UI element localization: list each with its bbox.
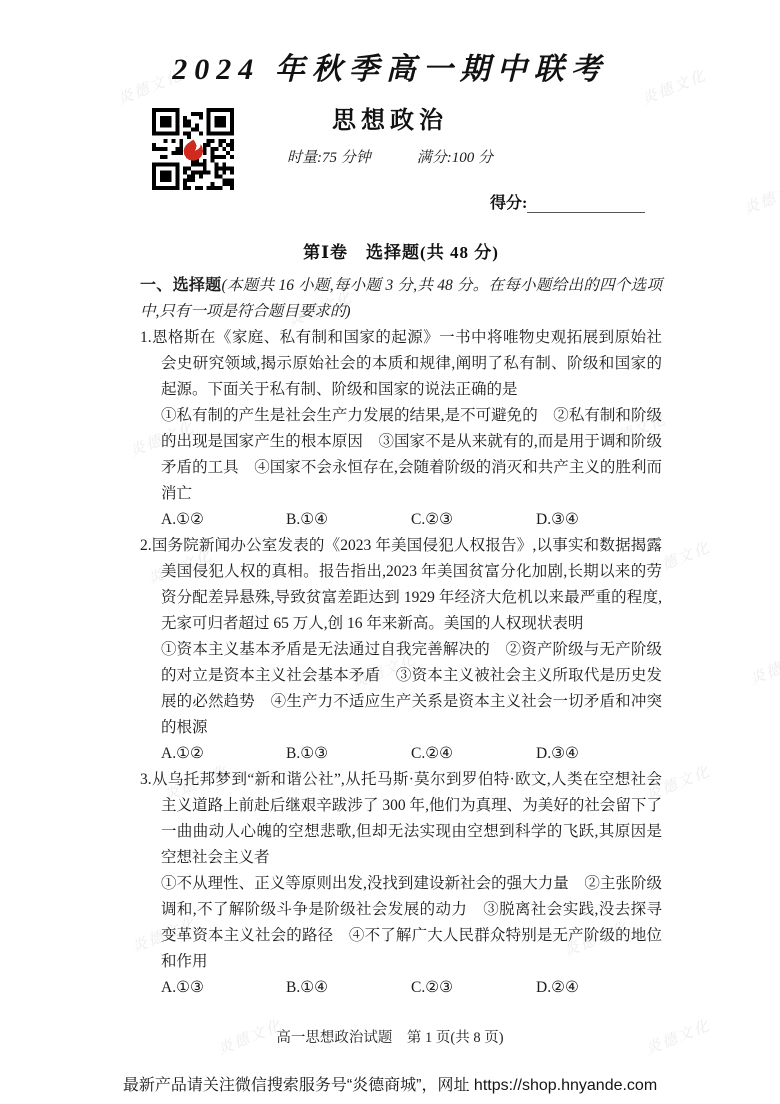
question-number: 3. xyxy=(140,771,152,788)
option-a: A.①② xyxy=(161,741,286,767)
question-stem-text: 国务院新闻办公室发表的《2023 年美国侵犯人权报告》,以事实和数据揭露美国侵犯… xyxy=(152,537,662,632)
exam-title: 2024 年秋季高一期中联考 xyxy=(0,52,780,88)
question-statements: ①不从理性、正义等原则出发,没找到建设新社会的强大力量 ②主张阶级调和,不了解阶… xyxy=(161,871,662,975)
exam-page: 2024 年秋季高一期中联考 思想政治 时量:75 分钟满分:100 分 得分:… xyxy=(0,52,780,1001)
section-instructions: 一、选择题(本题共 16 小题,每小题 3 分,共 48 分。在每小题给出的四个… xyxy=(140,273,662,325)
question-statements: ①私有制的产生是社会生产力发展的结果,是不可避免的 ②私有制和阶级的出现是国家产… xyxy=(161,403,662,507)
part-title: 第Ⅰ卷 选择题(共 48 分) xyxy=(140,238,662,263)
full-score-label: 满分:100 分 xyxy=(417,150,493,166)
duration-label: 时量:75 分钟 xyxy=(287,150,371,166)
option-b: B.①④ xyxy=(286,975,411,1001)
score-label: 得分: xyxy=(490,195,527,212)
instructions-lead: 一、选择题 xyxy=(140,277,221,294)
page-header: 2024 年秋季高一期中联考 思想政治 时量:75 分钟满分:100 分 得分: xyxy=(0,52,780,212)
question-stem: 2.国务院新闻办公室发表的《2023 年美国侵犯人权报告》,以事实和数据揭露美国… xyxy=(140,533,662,637)
option-d: D.②④ xyxy=(536,975,662,1001)
exam-meta: 时量:75 分钟满分:100 分 xyxy=(0,148,780,168)
option-a: A.①③ xyxy=(161,975,286,1001)
question-options: A.①② B.①④ C.②③ D.③④ xyxy=(161,507,662,533)
subject-title: 思想政治 xyxy=(0,106,780,136)
question-statements: ①资本主义基本矛盾是无法通过自我完善解决的 ②资产阶级与无产阶级的对立是资本主义… xyxy=(161,637,662,741)
option-c: C.②④ xyxy=(411,741,536,767)
question-number: 2. xyxy=(140,537,152,554)
question-stem: 1.恩格斯在《家庭、私有制和国家的起源》一书中将唯物史观拓展到原始社会史研究领域… xyxy=(140,325,662,403)
score-row: 得分: xyxy=(0,190,780,212)
question-2: 2.国务院新闻办公室发表的《2023 年美国侵犯人权报告》,以事实和数据揭露美国… xyxy=(140,533,662,767)
exam-content: 第Ⅰ卷 选择题(共 48 分) 一、选择题(本题共 16 小题,每小题 3 分,… xyxy=(0,238,780,1001)
option-d: D.③④ xyxy=(536,507,662,533)
option-b: B.①④ xyxy=(286,507,411,533)
question-number: 1. xyxy=(140,329,152,346)
option-c: C.②③ xyxy=(411,975,536,1001)
question-1: 1.恩格斯在《家庭、私有制和国家的起源》一书中将唯物史观拓展到原始社会史研究领域… xyxy=(140,325,662,533)
option-d: D.③④ xyxy=(536,741,662,767)
question-stem-text: 恩格斯在《家庭、私有制和国家的起源》一书中将唯物史观拓展到原始社会史研究领域,揭… xyxy=(152,329,662,398)
promo-text: 最新产品请关注微信搜索服务号“炎德商城”，网址 https://shop.hny… xyxy=(0,1072,780,1095)
score-blank-line xyxy=(527,197,645,213)
question-options: A.①② B.①③ C.②④ D.③④ xyxy=(161,741,662,767)
option-a: A.①② xyxy=(161,507,286,533)
footer-page-info: 高一思想政治试题 第 1 页(共 8 页) xyxy=(0,1026,780,1047)
option-c: C.②③ xyxy=(411,507,536,533)
question-options: A.①③ B.①④ C.②③ D.②④ xyxy=(161,975,662,1001)
question-stem-text: 从乌托邦梦到“新和谐公社”,从托马斯·莫尔到罗伯特·欧文,人类在空想社会主义道路… xyxy=(152,771,662,866)
option-b: B.①③ xyxy=(286,741,411,767)
question-3: 3.从乌托邦梦到“新和谐公社”,从托马斯·莫尔到罗伯特·欧文,人类在空想社会主义… xyxy=(140,767,662,1001)
question-stem: 3.从乌托邦梦到“新和谐公社”,从托马斯·莫尔到罗伯特·欧文,人类在空想社会主义… xyxy=(140,767,662,871)
